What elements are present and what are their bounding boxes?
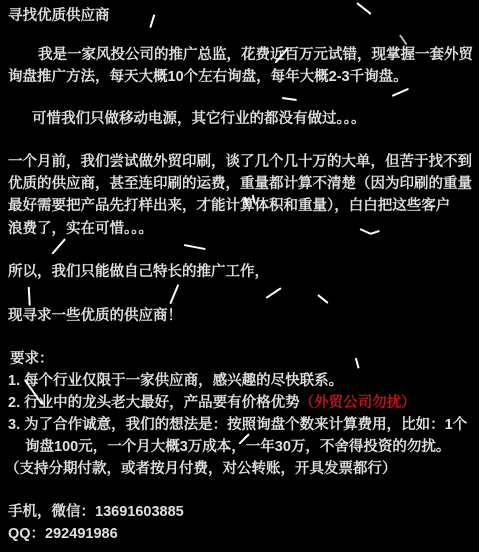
requirement-2: 2. 行业中的龙头老大最好，产品要有价格优势（外贸公司勿扰） (8, 394, 416, 412)
requirement-2-text: 2. 行业中的龙头老大最好，产品要有价格优势 (8, 395, 300, 411)
requirement-3-line-1: 3. 为了合作诚意，我们的想法是：按照询盘个数来计算费用，比如：1个 (8, 416, 467, 434)
scratch-mark (28, 287, 30, 306)
requirement-3-line-3: （支持分期付款，或者按月付费，对公转账，开具发票都行） (5, 460, 397, 478)
paragraph-3-line-1: 一个月前，我们尝试做外贸印刷，谈了几个几十万的大单，但苦于找不到 (8, 153, 472, 171)
scratch-mark (169, 284, 178, 304)
requirement-3-line-2: 询盘100元，一个月大概3万成本，一年30万，不舍得投资的勿扰。 (25, 438, 450, 456)
contact-qq: QQ：292491986 (8, 525, 118, 543)
scratch-mark (370, 230, 379, 234)
post-image: 寻找优质供应商 我是一家风投公司的推广总监，花费近百万元试错，现掌握一套外贸 询… (0, 0, 479, 552)
requirement-2-warning: （外贸公司勿扰） (300, 395, 416, 411)
paragraph-3-line-3: 最好需要把产品先打样出来，才能计算体积和重量），白白把这些客户 (8, 197, 450, 215)
scratch-mark (51, 238, 65, 254)
post-title: 寻找优质供应商 (8, 7, 110, 25)
paragraph-3-line-2: 优质的供应商，甚至连印刷的运费，重量都计算不清楚（因为印刷的重量 (8, 175, 472, 193)
paragraph-1-line-1: 我是一家风投公司的推广总监，花费近百万元试错，现掌握一套外贸 (38, 46, 473, 64)
scratch-mark (355, 358, 359, 369)
scratch-mark (318, 294, 329, 303)
scratch-mark (184, 244, 205, 250)
paragraph-2: 可惜我们只做移动电源，其它行业的都没有做过。。。 (32, 110, 366, 128)
scratch-mark (392, 88, 409, 96)
scratch-mark (149, 14, 155, 28)
scratch-mark (399, 34, 407, 45)
paragraph-3-line-4: 浪费了，实在可惜。。。 (8, 220, 153, 238)
scratch-mark (282, 97, 297, 100)
scratch-mark (357, 2, 372, 14)
scratch-mark (266, 287, 282, 298)
paragraph-1-line-2: 询盘推广方法，每天大概10个左右询盘，每年大概2-3千询盘。 (8, 68, 408, 86)
requirement-1: 1. 每个行业仅限于一家供应商，感兴趣的尽快联系。 (8, 372, 343, 390)
requirements-heading: 要求： (10, 350, 54, 368)
contact-phone-wechat: 手机，微信：13691603885 (8, 503, 184, 521)
paragraph-4: 所以，我们只能做自己特长的推广工作， (8, 263, 269, 281)
paragraph-5: 现寻求一些优质的供应商！ (8, 307, 182, 325)
